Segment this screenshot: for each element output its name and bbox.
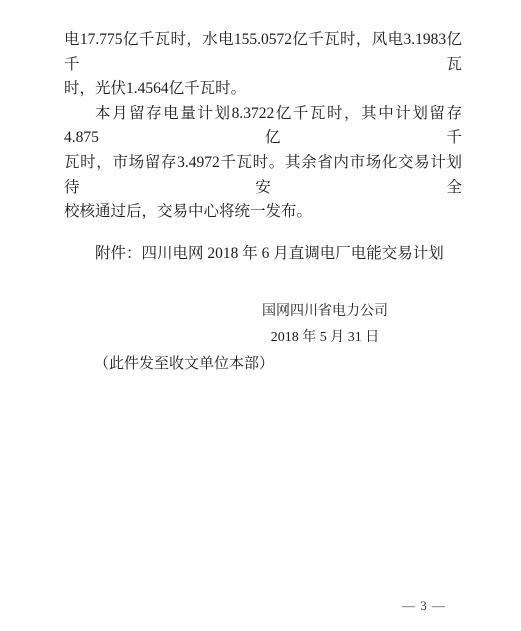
page-number: — 3 — (396, 598, 452, 614)
signature-company: 国网四川省电力公司 (256, 299, 394, 325)
body-line: 瓦时，市场留存3.4972千瓦时。其余省内市场化交易计划待安全 (64, 151, 462, 200)
document-body: 电17.775亿千瓦时，水电155.0572亿千瓦时，风电3.1983亿千瓦 时… (64, 28, 462, 266)
signature-date: 2018 年 5 月 31 日 (256, 325, 394, 351)
body-line: 校核通过后，交易中心将统一发布。 (64, 200, 462, 225)
distribution-note: （此件发至收文单位本部） (64, 352, 462, 373)
body-line: 时，光伏1.4564亿千瓦时。 (64, 77, 462, 102)
signature-block: 国网四川省电力公司 2018 年 5 月 31 日 (256, 299, 394, 351)
body-line: 本月留存电量计划8.3722亿千瓦时，其中计划留存4.875亿千 (64, 102, 462, 151)
attachment-line: 附件：四川电网 2018 年 6 月直调电厂电能交易计划 (64, 242, 462, 267)
body-line: 电17.775亿千瓦时，水电155.0572亿千瓦时，风电3.1983亿千瓦 (64, 28, 462, 77)
document-page: 电17.775亿千瓦时，水电155.0572亿千瓦时，风电3.1983亿千瓦 时… (0, 0, 521, 631)
